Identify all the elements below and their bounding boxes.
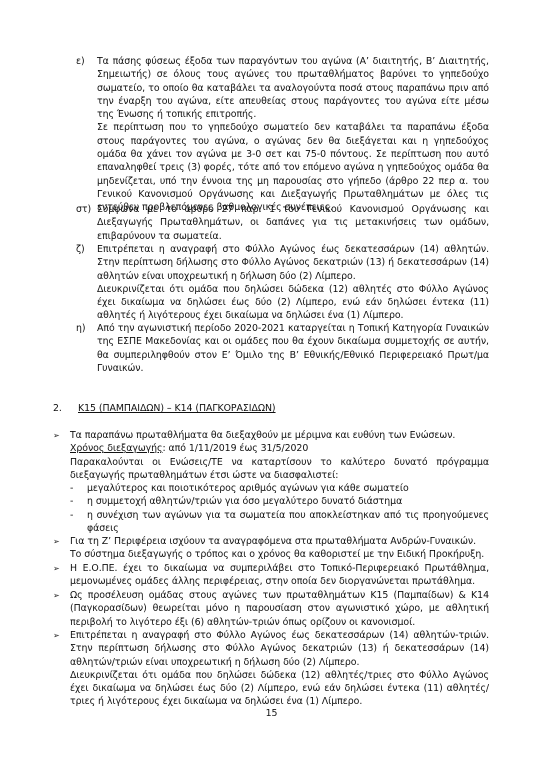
paragraph: Τα παραπάνω πρωταθλήματα θα διεξαχθούν μ… — [70, 429, 489, 442]
list-item-st: στ) Σύμφωνα με το άρθρο 27 παρ. 1 του Γε… — [76, 203, 489, 243]
item-marker: ζ) — [76, 243, 85, 256]
list-item-e: ε) Τα πάσης φύσεως έξοδα των παραγόντων … — [76, 55, 489, 215]
dash-marker: - — [70, 495, 73, 508]
page-number: 15 — [0, 707, 543, 720]
paragraph: Διευκρινίζεται ότι ομάδα που δηλώσει δώδ… — [70, 669, 489, 709]
item-marker: ε) — [76, 55, 85, 68]
paragraph: Το σύστημα διεξαγωγής ο τρόπος και ο χρό… — [70, 548, 489, 561]
document-page: ε) Τα πάσης φύσεως έξοδα των παραγόντων … — [0, 0, 543, 768]
item-body: Τα πάσης φύσεως έξοδα των παραγόντων του… — [97, 55, 489, 215]
bullet-item: ➢ Για τη Ζ’ Περιφέρεια ισχύουν τα αναγρα… — [53, 535, 489, 562]
item-body: Σύμφωνα με το άρθρο 27 παρ. 1 του Γενικο… — [97, 203, 489, 243]
paragraph: Από την αγωνιστική περίοδο 2020-2021 κατ… — [97, 322, 489, 375]
paragraph: Επιτρέπεται η αναγραφή στο Φύλλο Αγώνος … — [97, 243, 489, 283]
bullet-item: ➢ Επιτρέπεται η αναγραφή στο Φύλλο Αγώνο… — [53, 629, 489, 709]
dash-item: -μεγαλύτερος και ποιοτικότερος αριθμός α… — [70, 482, 489, 495]
paragraph: Η Ε.Ο.ΠΕ. έχει το δικαίωμα να συμπεριλάβ… — [70, 562, 489, 589]
item-body: Τα παραπάνω πρωταθλήματα θα διεξαχθούν μ… — [70, 429, 489, 535]
dash-list: -μεγαλύτερος και ποιοτικότερος αριθμός α… — [70, 482, 489, 535]
item-body: Για τη Ζ’ Περιφέρεια ισχύουν τα αναγραφό… — [70, 535, 489, 562]
item-body: Επιτρέπεται η αναγραφή στο Φύλλο Αγώνος … — [70, 629, 489, 709]
period-line: Χρόνος διεξαγωγής: από 1/11/2019 έως 31/… — [70, 442, 489, 455]
paragraph: Για τη Ζ’ Περιφέρεια ισχύουν τα αναγραφό… — [70, 535, 489, 548]
arrow-bullet-icon: ➢ — [53, 562, 60, 575]
bullet-item: ➢ Τα παραπάνω πρωταθλήματα θα διεξαχθούν… — [53, 429, 489, 535]
arrow-bullet-icon: ➢ — [53, 429, 60, 442]
item-marker: η) — [76, 322, 86, 335]
arrow-bullet-icon: ➢ — [53, 535, 60, 548]
bullet-item: ➢ Ως προσέλευση ομάδας στους αγώνες των … — [53, 589, 489, 629]
dash-item: -η συμμετοχή αθλητών/τριών για όσο μεγαλ… — [70, 495, 489, 508]
arrow-bullet-icon: ➢ — [53, 629, 60, 642]
paragraph: Τα πάσης φύσεως έξοδα των παραγόντων του… — [97, 55, 489, 121]
period-label: Χρόνος διεξαγωγής — [70, 443, 163, 454]
paragraph: Σε περίπτωση που το γηπεδούχο σωματείο δ… — [97, 121, 489, 214]
dash-marker: - — [70, 509, 73, 522]
paragraph: Παρακαλούνται οι Ενώσεις/ΤΕ να καταρτίσο… — [70, 456, 489, 483]
item-body: Από την αγωνιστική περίοδο 2020-2021 κατ… — [97, 322, 489, 375]
bullet-item: ➢ Η Ε.Ο.ΠΕ. έχει το δικαίωμα να συμπεριλ… — [53, 562, 489, 589]
paragraph: Διευκρινίζεται ότι ομάδα που δηλώσει δώδ… — [97, 283, 489, 323]
arrow-bullet-icon: ➢ — [53, 589, 60, 602]
item-marker: στ) — [76, 203, 91, 216]
dash-item: -η συνέχιση των αγώνων για τα σωματεία π… — [70, 509, 489, 536]
period-value: : από 1/11/2019 έως 31/5/2020 — [163, 443, 309, 454]
section-heading: 2. — [53, 402, 62, 415]
section-number: 2. — [53, 403, 62, 414]
list-item-i: η) Από την αγωνιστική περίοδο 2020-2021 … — [76, 322, 489, 375]
paragraph: Σύμφωνα με το άρθρο 27 παρ. 1 του Γενικο… — [97, 203, 489, 243]
dash-marker: - — [70, 482, 73, 495]
section-title: Κ15 (ΠΑΜΠΑΙΔΩΝ) – Κ14 (ΠΑΓΚΟΡΑΣΙΔΩΝ) — [78, 402, 276, 415]
item-body: Η Ε.Ο.ΠΕ. έχει το δικαίωμα να συμπεριλάβ… — [70, 562, 489, 589]
paragraph: Ως προσέλευση ομάδας στους αγώνες των πρ… — [70, 589, 489, 629]
list-item-z: ζ) Επιτρέπεται η αναγραφή στο Φύλλο Αγών… — [76, 243, 489, 323]
paragraph: Επιτρέπεται η αναγραφή στο Φύλλο Αγώνος … — [70, 629, 489, 669]
item-body: Επιτρέπεται η αναγραφή στο Φύλλο Αγώνος … — [97, 243, 489, 323]
item-body: Ως προσέλευση ομάδας στους αγώνες των πρ… — [70, 589, 489, 629]
